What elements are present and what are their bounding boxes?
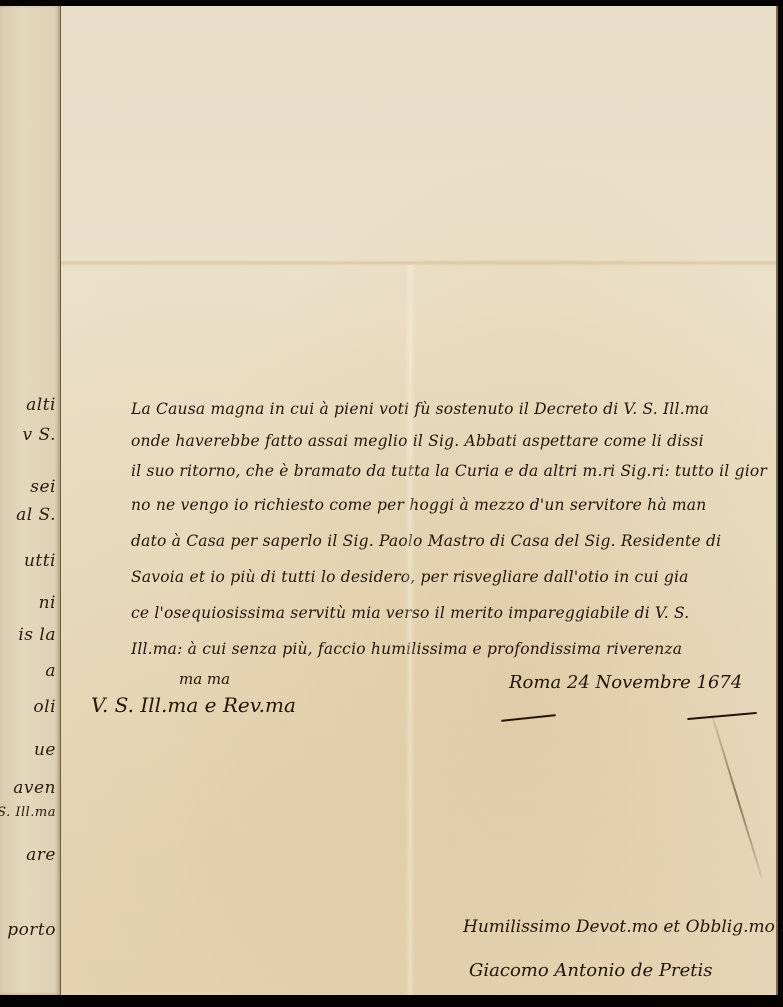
letter-date: Roma 24 Novembre 1674: [509, 672, 742, 693]
body-line: dato à Casa per saperlo il Sig. Paolo Ma…: [131, 523, 771, 559]
left-page-fragment: sei: [30, 477, 56, 497]
left-page-fragment: aven: [13, 778, 56, 798]
salutation-superscript: ma ma: [179, 670, 230, 688]
left-page-fragment: alti: [26, 395, 56, 415]
left-page-fragment: v S.: [23, 425, 56, 445]
body-line: no ne vengo io richiesto come per hoggi …: [131, 487, 771, 523]
left-page-fragment: oli: [33, 697, 56, 717]
letter-sheet: La Causa magna in cui à pieni voti fù so…: [61, 5, 778, 995]
scan-top-border: [0, 0, 783, 6]
signature: Giacomo Antonio de Pretis: [469, 960, 712, 981]
left-page-fragment: al S.: [16, 505, 56, 525]
body-line: il suo ritorno, che è bramato da tutta l…: [131, 453, 771, 489]
body-line: Savoia et io più di tutti lo desidero, p…: [131, 559, 771, 595]
letter-body: La Causa magna in cui à pieni voti fù so…: [131, 391, 771, 667]
left-page-fragment: is la: [18, 625, 56, 645]
left-folded-page: alti v S. sei al S. utti ni is la a oli …: [0, 5, 61, 995]
body-line: ce l'osequiosissima servitù mia verso il…: [131, 595, 771, 631]
left-page-fragment: utti: [24, 551, 56, 571]
left-page-fragment: porto: [7, 920, 56, 940]
date-flourish: [501, 714, 556, 722]
left-page-fragment: are: [26, 845, 56, 865]
left-page-fragment: ni: [39, 593, 56, 613]
body-line: La Causa magna in cui à pieni voti fù so…: [131, 391, 771, 427]
closing-formula: Humilissimo Devot.mo et Obblig.mo Ser.re: [463, 917, 783, 937]
ink-stroke-mark: [711, 715, 763, 878]
left-page-fragment: S. Ill.ma: [0, 805, 56, 820]
left-page-fragment: ue: [34, 740, 56, 760]
left-page-fragment: a: [45, 661, 56, 681]
document-scan: alti v S. sei al S. utti ni is la a oli …: [0, 0, 783, 1007]
body-line: Ill.ma: à cui senza più, faccio humiliss…: [131, 631, 771, 667]
scan-bottom-border: [0, 995, 783, 1007]
date-flourish: [687, 712, 757, 720]
salutation: V. S. Ill.ma e Rev.ma: [91, 693, 296, 717]
